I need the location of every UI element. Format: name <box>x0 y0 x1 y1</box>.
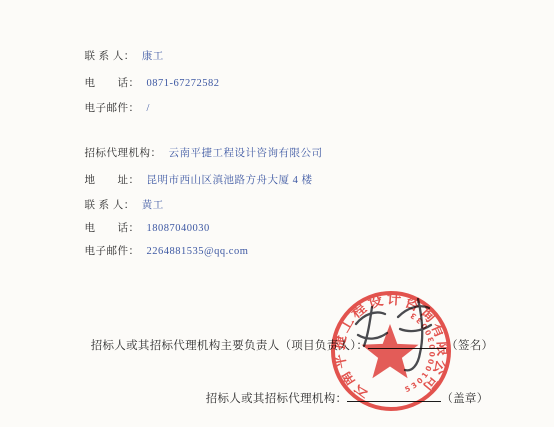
phone-label: 电 话： <box>85 78 140 89</box>
email-value: / <box>147 103 150 114</box>
agency-email-label: 电子邮件： <box>85 246 140 257</box>
agency-name-value: 云南平捷工程设计咨询有限公司 <box>169 148 323 159</box>
email-label: 电子邮件： <box>85 103 140 114</box>
signature-stroke <box>364 307 372 346</box>
agency-name-label: 招标代理机构： <box>85 148 162 159</box>
document-page: 联 系 人：康工 电 话：0871-67272582 电子邮件：/ 招标代理机构… <box>0 0 554 427</box>
agency-email-row: 电子邮件：2264881535@qq.com <box>72 232 248 269</box>
handwritten-signature <box>342 292 450 386</box>
agency-address-label: 地 址： <box>85 175 140 186</box>
phone-value: 0871-67272582 <box>147 78 220 89</box>
agency-address-value: 昆明市西山区滇池路方舟大厦 4 楼 <box>147 175 313 186</box>
email-row: 电子邮件：/ <box>72 89 150 126</box>
agency-email-value: 2264881535@qq.com <box>147 246 249 257</box>
signature-stroke <box>358 333 387 339</box>
signature-stroke <box>398 306 429 317</box>
contact-person-value: 康工 <box>142 51 164 62</box>
contact-person-label: 联 系 人： <box>85 51 135 62</box>
signature-stroke <box>400 325 431 331</box>
